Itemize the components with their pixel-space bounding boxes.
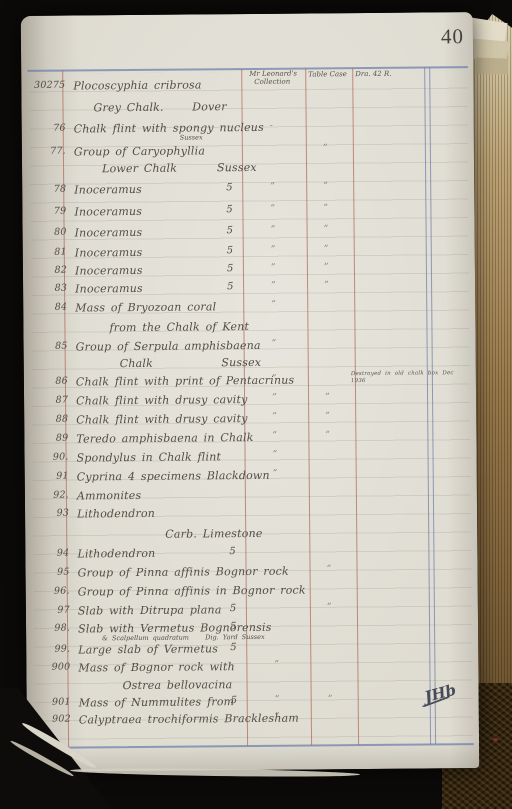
entry-text: Lower Chalk Sussex — [102, 161, 257, 175]
entry-text: Mass of Bognor rock with — [78, 660, 235, 674]
register-row: from the Chalk of Kent — [23, 318, 475, 336]
register-row: 81Inoceramus5”” — [23, 243, 475, 261]
entry-text: Lithodendron — [77, 547, 155, 561]
ditto-mark-collection: ” — [271, 281, 276, 291]
ditto-mark-case: ” — [323, 143, 328, 153]
entry-text: Inoceramus — [75, 246, 143, 260]
ditto-mark-collection: ” — [272, 431, 277, 441]
register-row: Lower Chalk Sussex — [22, 159, 474, 177]
ditto-mark-collection: ” — [271, 225, 276, 235]
entry-text: from the Chalk of Kent — [109, 320, 249, 334]
entry-text: Inoceramus — [75, 226, 143, 240]
entry-text: Calyptraea trochiformis Bracklesham — [79, 712, 299, 727]
ditto-mark-case: ” — [324, 224, 329, 234]
ditto-mark-collection: ” — [273, 469, 278, 479]
register-row: 95Group of Pinna affinis Bognor rock” — [26, 563, 478, 581]
register-row: 96.Group of Pinna affinis in Bognor rock — [26, 582, 478, 600]
entry-text: Mass of Bryozoan coral — [75, 300, 216, 314]
ditto-mark-case: ” — [324, 262, 329, 272]
register-row: Chalk Sussex — [24, 354, 476, 372]
entry-text: Chalk Sussex — [120, 356, 262, 370]
register-row: 97Slab with Ditrupa plana5” — [26, 601, 478, 619]
entry-number: 93 — [29, 508, 69, 519]
page-edge-step — [476, 57, 509, 74]
entry-number: 80 — [27, 227, 67, 238]
entry-number: 91 — [29, 471, 69, 482]
entry-number: 92. — [29, 490, 69, 501]
register-row: 901Mass of Nummulites from5”” — [27, 693, 479, 711]
entry-text: Inoceramus — [74, 183, 142, 197]
entry-number: 83 — [27, 283, 67, 294]
register-row: 902Calyptraea trochiformis Bracklesham” — [27, 710, 479, 728]
entry-quantity: 5 — [231, 695, 238, 706]
entry-quantity: 5 — [230, 603, 237, 614]
entry-quantity: 5 — [226, 204, 233, 215]
ditto-mark-collection: ” — [272, 374, 277, 384]
entry-quantity: 5 — [227, 281, 234, 292]
entry-text: Mass of Nummulites from — [79, 695, 235, 709]
register-row: 84Mass of Bryozoan coral” — [23, 298, 475, 316]
entry-number: 94 — [29, 548, 69, 559]
entry-text: Inoceramus — [75, 282, 143, 296]
register-row: 86Chalk flint with print of Pentacrinus”… — [24, 372, 476, 390]
ditto-mark-case: ” — [324, 280, 329, 290]
entry-text: Spondylus in Chalk flint — [77, 450, 222, 464]
entry-number: 96. — [30, 586, 70, 597]
entry-text: Ostrea bellovacina — [123, 678, 233, 692]
register-row: 91Cyprina 4 specimens Blackdown” — [25, 467, 477, 485]
entry-text: Carb. Limestone — [165, 527, 262, 541]
entry-number: 85 — [28, 341, 68, 352]
entry-text: & Scalpellum quadratum Dig. Yard Sussex — [102, 633, 265, 642]
entry-quantity: 5 — [226, 182, 233, 193]
entry-number: 77. — [26, 146, 66, 157]
entry-number: 30275 — [25, 80, 65, 91]
register-entries: 30275Plocoscyphia cribrosaGrey Chalk. Do… — [21, 12, 480, 772]
entry-text: Group of Pinna affinis in Bognor rock — [78, 584, 306, 599]
ditto-mark-collection: ” — [275, 712, 280, 722]
ditto-mark-collection: ” — [272, 393, 277, 403]
register-row: 99.Large slab of Vermetus5 — [26, 640, 478, 658]
register-row: 78Inoceramus5”” — [22, 180, 474, 198]
ditto-mark-case: ” — [327, 564, 332, 574]
register-row: 80Inoceramus5”” — [23, 223, 475, 241]
entry-number: 78 — [26, 184, 66, 195]
ditto-mark-collection: ” — [270, 182, 275, 192]
register-row: 83Inoceramus5”” — [23, 279, 475, 297]
entry-number: 97 — [30, 605, 70, 616]
ditto-mark-case: ” — [325, 392, 330, 402]
entry-text: Ammonites — [77, 489, 142, 503]
entry-quantity: 5 — [230, 621, 237, 632]
entry-text: Group of Caryophyllia — [74, 144, 205, 158]
ditto-mark-collection: ” — [271, 263, 276, 273]
ditto-mark-collection: - — [270, 121, 273, 131]
register-row: Ostrea bellovacina — [27, 676, 479, 694]
register-row: Grey Chalk. Dover — [21, 98, 473, 116]
table-speck — [493, 738, 498, 741]
entry-number: 86 — [28, 376, 68, 387]
ditto-mark-case: ” — [327, 602, 332, 612]
entry-text: Plocoscyphia cribrosa — [73, 78, 201, 92]
register-row: Carb. Limestone — [25, 525, 477, 543]
entry-quantity: 5 — [227, 263, 234, 274]
ditto-mark-collection: ” — [274, 660, 279, 670]
entry-number: 90. — [29, 452, 69, 463]
entry-number: 81 — [27, 247, 67, 258]
entry-text: Inoceramus — [75, 264, 143, 278]
register-row: 77.Group of Caryophyllia” — [22, 142, 474, 160]
register-row: 87Chalk flint with drusy cavity”” — [24, 391, 476, 409]
ditto-mark-collection: ” — [271, 300, 276, 310]
register-row: 92.Ammonites — [25, 486, 477, 504]
ditto-mark-collection: ” — [270, 204, 275, 214]
ditto-mark-collection: ” — [272, 339, 277, 349]
entry-text: Chalk flint with drusy cavity — [76, 412, 248, 426]
entry-number: 82 — [27, 265, 67, 276]
entry-number: 79 — [26, 206, 66, 217]
register-row: 82Inoceramus5”” — [23, 261, 475, 279]
entry-text: Group of Pinna affinis Bognor rock — [78, 565, 289, 580]
entry-number: 901 — [31, 697, 71, 708]
entry-number: 98. — [30, 623, 70, 634]
register-page: 40 Mr Leonard's Collection Table Case Dr… — [21, 12, 480, 772]
entry-text: Chalk flint with print of Pentacrinus — [76, 374, 295, 389]
ditto-mark-collection: ” — [273, 450, 278, 460]
ditto-mark-case: ” — [324, 244, 329, 254]
register-row: 30275Plocoscyphia cribrosa — [21, 76, 473, 94]
entry-number: 76 — [26, 123, 66, 134]
destroyed-annotation: Destroyed in old chalk box Dec 1936 — [351, 370, 463, 384]
register-row: 90.Spondylus in Chalk flint” — [25, 448, 477, 466]
photograph-background: 40 Mr Leonard's Collection Table Case Dr… — [0, 0, 512, 809]
entry-number: 89 — [28, 433, 68, 444]
entry-text: Group of Serpula amphisbaena — [76, 339, 261, 354]
entry-number: 900 — [30, 662, 70, 673]
register-row: 900Mass of Bognor rock with” — [26, 658, 478, 676]
entry-text: Inoceramus — [74, 205, 142, 219]
entry-text: Sussex — [180, 133, 203, 141]
register-row: 88Chalk flint with drusy cavity”” — [24, 410, 476, 428]
entry-number: 88 — [28, 414, 68, 425]
ditto-mark-collection: ” — [272, 412, 277, 422]
ditto-mark-case: ” — [325, 411, 330, 421]
entry-text: Lithodendron — [77, 507, 155, 521]
entry-number: 84 — [27, 302, 67, 313]
entry-number: 95 — [30, 567, 70, 578]
ditto-mark-collection: ” — [275, 695, 280, 705]
entry-number: 99. — [30, 644, 70, 655]
entry-text: Cyprina 4 specimens Blackdown — [77, 469, 270, 484]
entry-quantity: 5 — [227, 225, 234, 236]
entry-text: Large slab of Vermetus — [78, 642, 218, 656]
entry-quantity: 5 — [229, 546, 236, 557]
entry-text: Slab with Ditrupa plana — [78, 603, 222, 617]
entry-text: Chalk flint with drusy cavity — [76, 393, 248, 407]
entry-text: Grey Chalk. Dover — [93, 100, 226, 114]
entry-number: 87 — [28, 395, 68, 406]
register-row: 94Lithodendron5 — [25, 544, 477, 562]
ditto-mark-case: ” — [325, 430, 330, 440]
register-row: 89Teredo amphisbaena in Chalk”” — [24, 429, 476, 447]
ditto-mark-case: ” — [323, 181, 328, 191]
ditto-mark-case: ” — [323, 203, 328, 213]
register-row: 79Inoceramus5”” — [22, 202, 474, 220]
entry-quantity: 5 — [227, 245, 234, 256]
register-row: 93Lithodendron — [25, 504, 477, 522]
register-row: 85Group of Serpula amphisbaena” — [24, 337, 476, 355]
entry-text: Teredo amphisbaena in Chalk — [76, 431, 253, 446]
ditto-mark-case: ” — [328, 694, 333, 704]
ditto-mark-collection: ” — [271, 245, 276, 255]
entry-quantity: 5 — [230, 642, 237, 653]
